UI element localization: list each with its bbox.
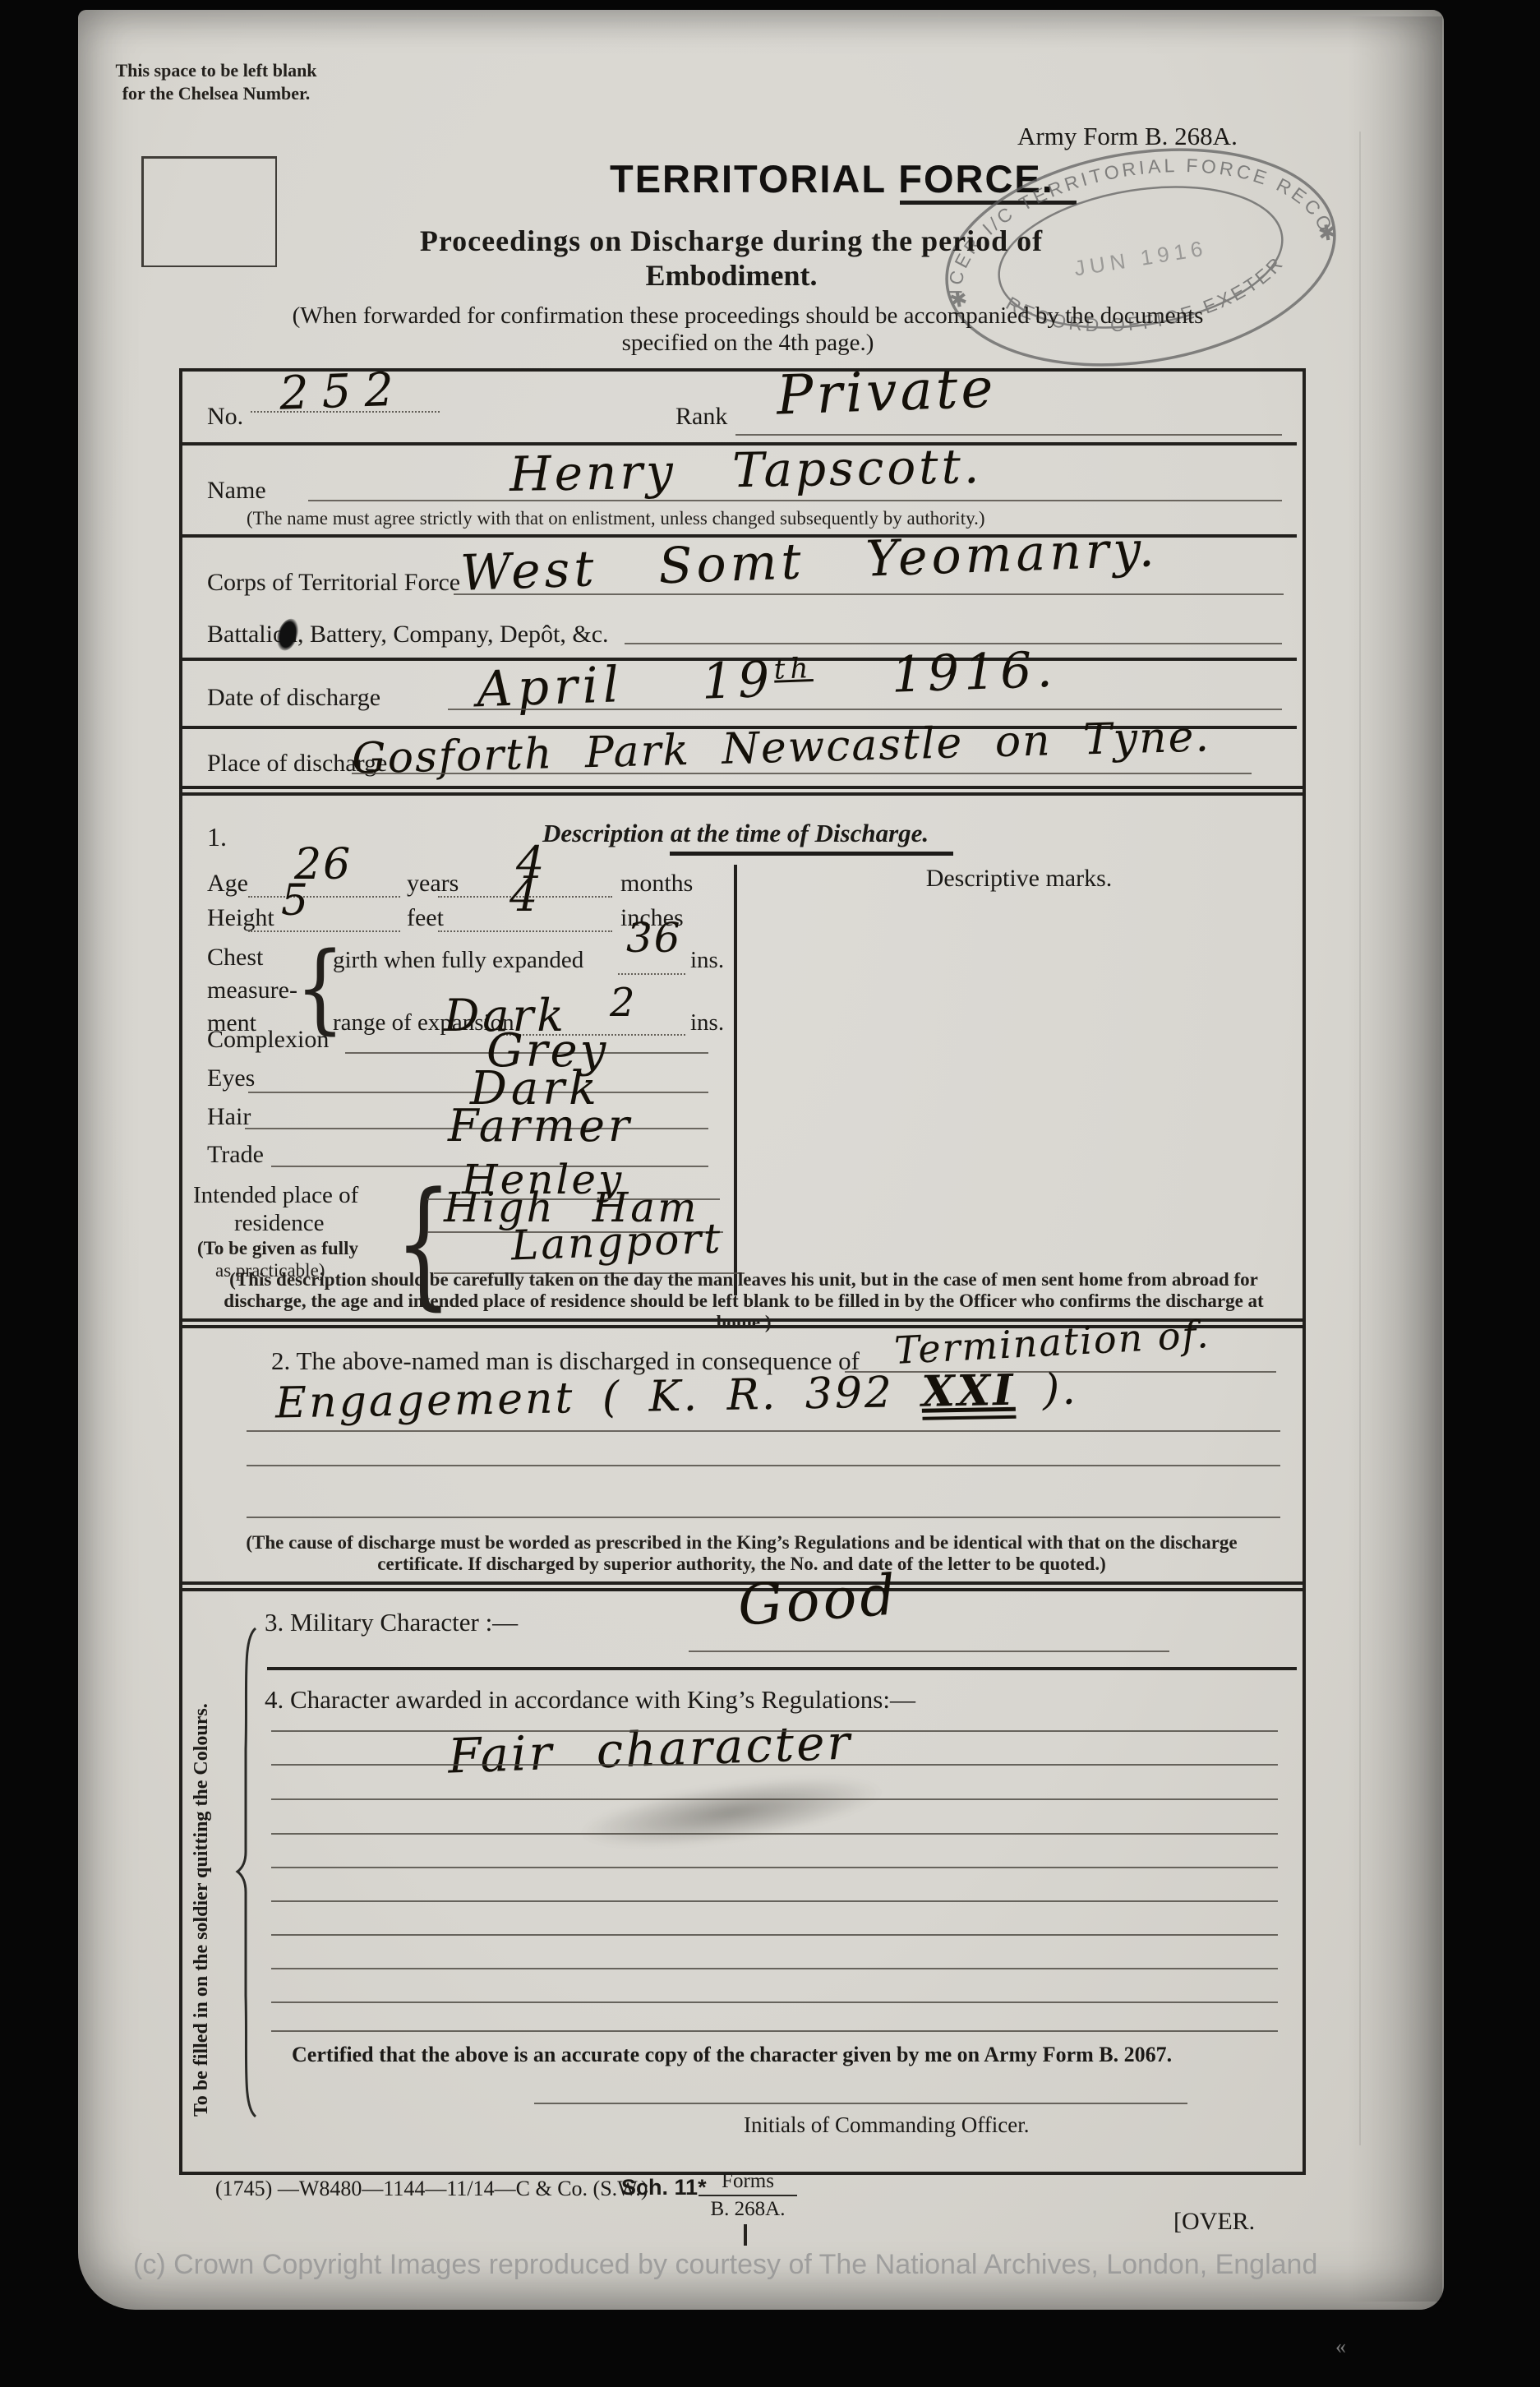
place-fill-line <box>352 773 1252 774</box>
character-box <box>179 1581 1306 2175</box>
ruled-line <box>271 2001 1278 2003</box>
corps-label: Corps of Territorial Force <box>207 569 460 597</box>
name-label: Name <box>207 477 266 505</box>
girth-fill <box>618 973 685 975</box>
subtitle-line2: Embodiment. <box>205 258 1257 293</box>
discharge-note-line1: (The cause of discharge must be worded a… <box>193 1532 1290 1554</box>
character-divider <box>267 1667 1297 1670</box>
ruled-line <box>271 2030 1278 2032</box>
no-fill-line <box>251 411 440 413</box>
date-sup: th <box>773 652 814 686</box>
description-note-line1: (This description should be carefully ta… <box>197 1269 1290 1290</box>
military-character-value: Good <box>735 1563 901 1638</box>
scan-artifact: « <box>1335 2334 1357 2351</box>
character-side-label: To be filled in on the soldier quitting … <box>191 1697 219 2117</box>
girth-value: 36 <box>626 914 682 962</box>
ruled-line <box>271 1867 1278 1868</box>
ruled-line <box>271 1900 1278 1902</box>
chest-label-1: Chest <box>207 944 263 972</box>
range-ins-label: ins. <box>690 1009 724 1037</box>
description-heading-rule <box>670 852 953 856</box>
residence-label-1: Intended place of <box>193 1182 358 1209</box>
no-label: No. <box>207 403 243 431</box>
residence-value-3: Langport <box>510 1215 723 1270</box>
range-value: 2 <box>610 980 637 1026</box>
character-side-brace <box>235 1626 258 2119</box>
chest-label-2: measure- <box>207 976 297 1004</box>
forward-note: (When forwarded for confirmation these p… <box>177 302 1319 357</box>
name-note: (The name must agree strictly with that … <box>247 508 985 529</box>
paper-fold-line <box>1359 132 1361 2145</box>
height-feet-value: 5 <box>281 876 310 926</box>
height-inches-value: 4 <box>509 870 539 921</box>
ruled-line <box>271 1934 1278 1936</box>
description-heading: Description at the time of Discharge. <box>542 819 929 848</box>
ruled-line <box>271 1764 1278 1766</box>
ruled-line <box>271 1798 1278 1800</box>
subtitle: Proceedings on Discharge during the peri… <box>205 224 1257 293</box>
corps-fill-line <box>454 593 1284 595</box>
forms-rule <box>699 2195 797 2196</box>
height-label: Height <box>207 904 274 932</box>
ruled-line <box>271 1730 1278 1732</box>
engagement-post: ). <box>1015 1364 1078 1415</box>
feet-label: feet <box>407 904 444 932</box>
ruled-line <box>271 1833 1278 1835</box>
ruled-line <box>271 1968 1278 1969</box>
hair-label: Hair <box>207 1103 251 1131</box>
eyes-label: Eyes <box>207 1064 255 1092</box>
schedule-ref: Sch. 11* <box>621 2175 707 2200</box>
residence-label-2: residence <box>234 1210 325 1237</box>
forms-top: Forms <box>699 2170 797 2193</box>
initials-line <box>534 2103 1187 2104</box>
descriptive-marks-label: Descriptive marks. <box>740 865 1298 893</box>
forward-note-line1: (When forwarded for confirmation these p… <box>177 302 1319 330</box>
discharge-note-line2: certificate. If discharged by superior a… <box>193 1554 1290 1575</box>
battalion-label: Battalion, Battery, Company, Depôt, &c. <box>207 621 609 649</box>
paper-fold-shading <box>1348 16 1442 2302</box>
military-character-fill <box>689 1651 1169 1652</box>
date-post: 1916. <box>813 641 1058 707</box>
copyright-watermark: (c) Crown Copyright Images reproduced by… <box>133 2249 1317 2281</box>
months-label: months <box>620 870 693 898</box>
certified-statement: Certified that the above is an accurate … <box>292 2043 1172 2067</box>
chelsea-note-line2: for the Chelsea Number. <box>97 82 335 105</box>
initials-label: Initials of Commanding Officer. <box>744 2112 1029 2138</box>
forms-bottom: B. 268A. <box>699 2198 797 2221</box>
character-awarded-label: 4. Character awarded in accordance with … <box>265 1685 915 1715</box>
age-label: Age <box>207 870 248 898</box>
chelsea-note-line1: This space to be left blank <box>97 59 335 82</box>
engagement-kr-ref: XXI <box>921 1365 1016 1420</box>
description-section-no: 1. <box>207 822 227 852</box>
date-fill-line <box>448 709 1282 710</box>
name-value: Henry Tapscott. <box>509 438 982 502</box>
over-label: [OVER. <box>1173 2208 1255 2236</box>
discharge-fill-2 <box>247 1430 1280 1432</box>
age-fill-1 <box>248 896 400 898</box>
subtitle-line1: Proceedings on Discharge during the peri… <box>205 224 1257 258</box>
print-code: (1745) —W8480—1144—11/14—C & Co. (S.W.) <box>215 2177 648 2201</box>
discharge-date-label: Date of discharge <box>207 684 380 712</box>
description-column-divider <box>734 865 737 1295</box>
rank-value: Private <box>776 356 998 427</box>
trade-label: Trade <box>207 1141 264 1169</box>
girth-label: girth when fully expanded <box>333 947 583 974</box>
trade-value: Farmer <box>448 1100 633 1152</box>
height-fill-2 <box>438 930 612 932</box>
residence-label-3: (To be given as fully <box>197 1238 358 1259</box>
scanned-document-page: This space to be left blank for the Chel… <box>0 0 1540 2387</box>
discharge-blank-line-2 <box>247 1517 1280 1518</box>
forward-note-line2: specified on the 4th page.) <box>177 330 1319 357</box>
stray-mark <box>744 2224 747 2246</box>
girth-ins-label: ins. <box>690 947 724 974</box>
rank-fill-line <box>735 434 1282 436</box>
years-label: years <box>407 870 459 898</box>
military-character-label: 3. Military Character :— <box>265 1608 518 1637</box>
discharge-note: (The cause of discharge must be worded a… <box>193 1532 1290 1575</box>
name-fill-line <box>308 500 1282 501</box>
complexion-label: Complexion <box>207 1026 329 1054</box>
discharge-blank-line-1 <box>247 1465 1280 1466</box>
stamp-star-right-icon: ✱ <box>1316 220 1338 247</box>
chelsea-note: This space to be left blank for the Chel… <box>97 59 335 104</box>
rank-label: Rank <box>675 403 727 431</box>
forms-fraction: Forms B. 268A. <box>699 2170 797 2221</box>
